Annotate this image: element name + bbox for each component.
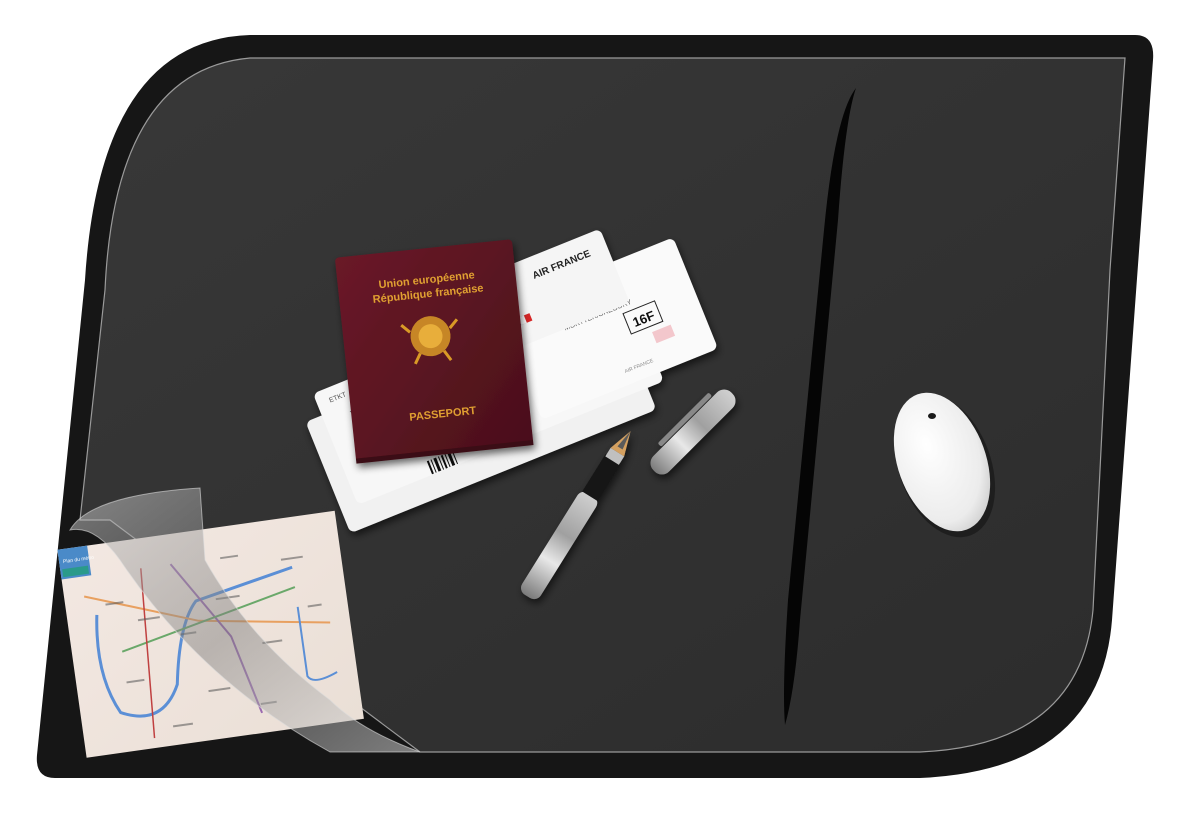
mouse-sensor-dot xyxy=(928,413,936,419)
desk-pad-scene: AIR FRANCE MORTTER/GREGORY 16F AIR FRANC… xyxy=(0,0,1181,824)
passport: Union européenne République française PA… xyxy=(335,239,534,463)
